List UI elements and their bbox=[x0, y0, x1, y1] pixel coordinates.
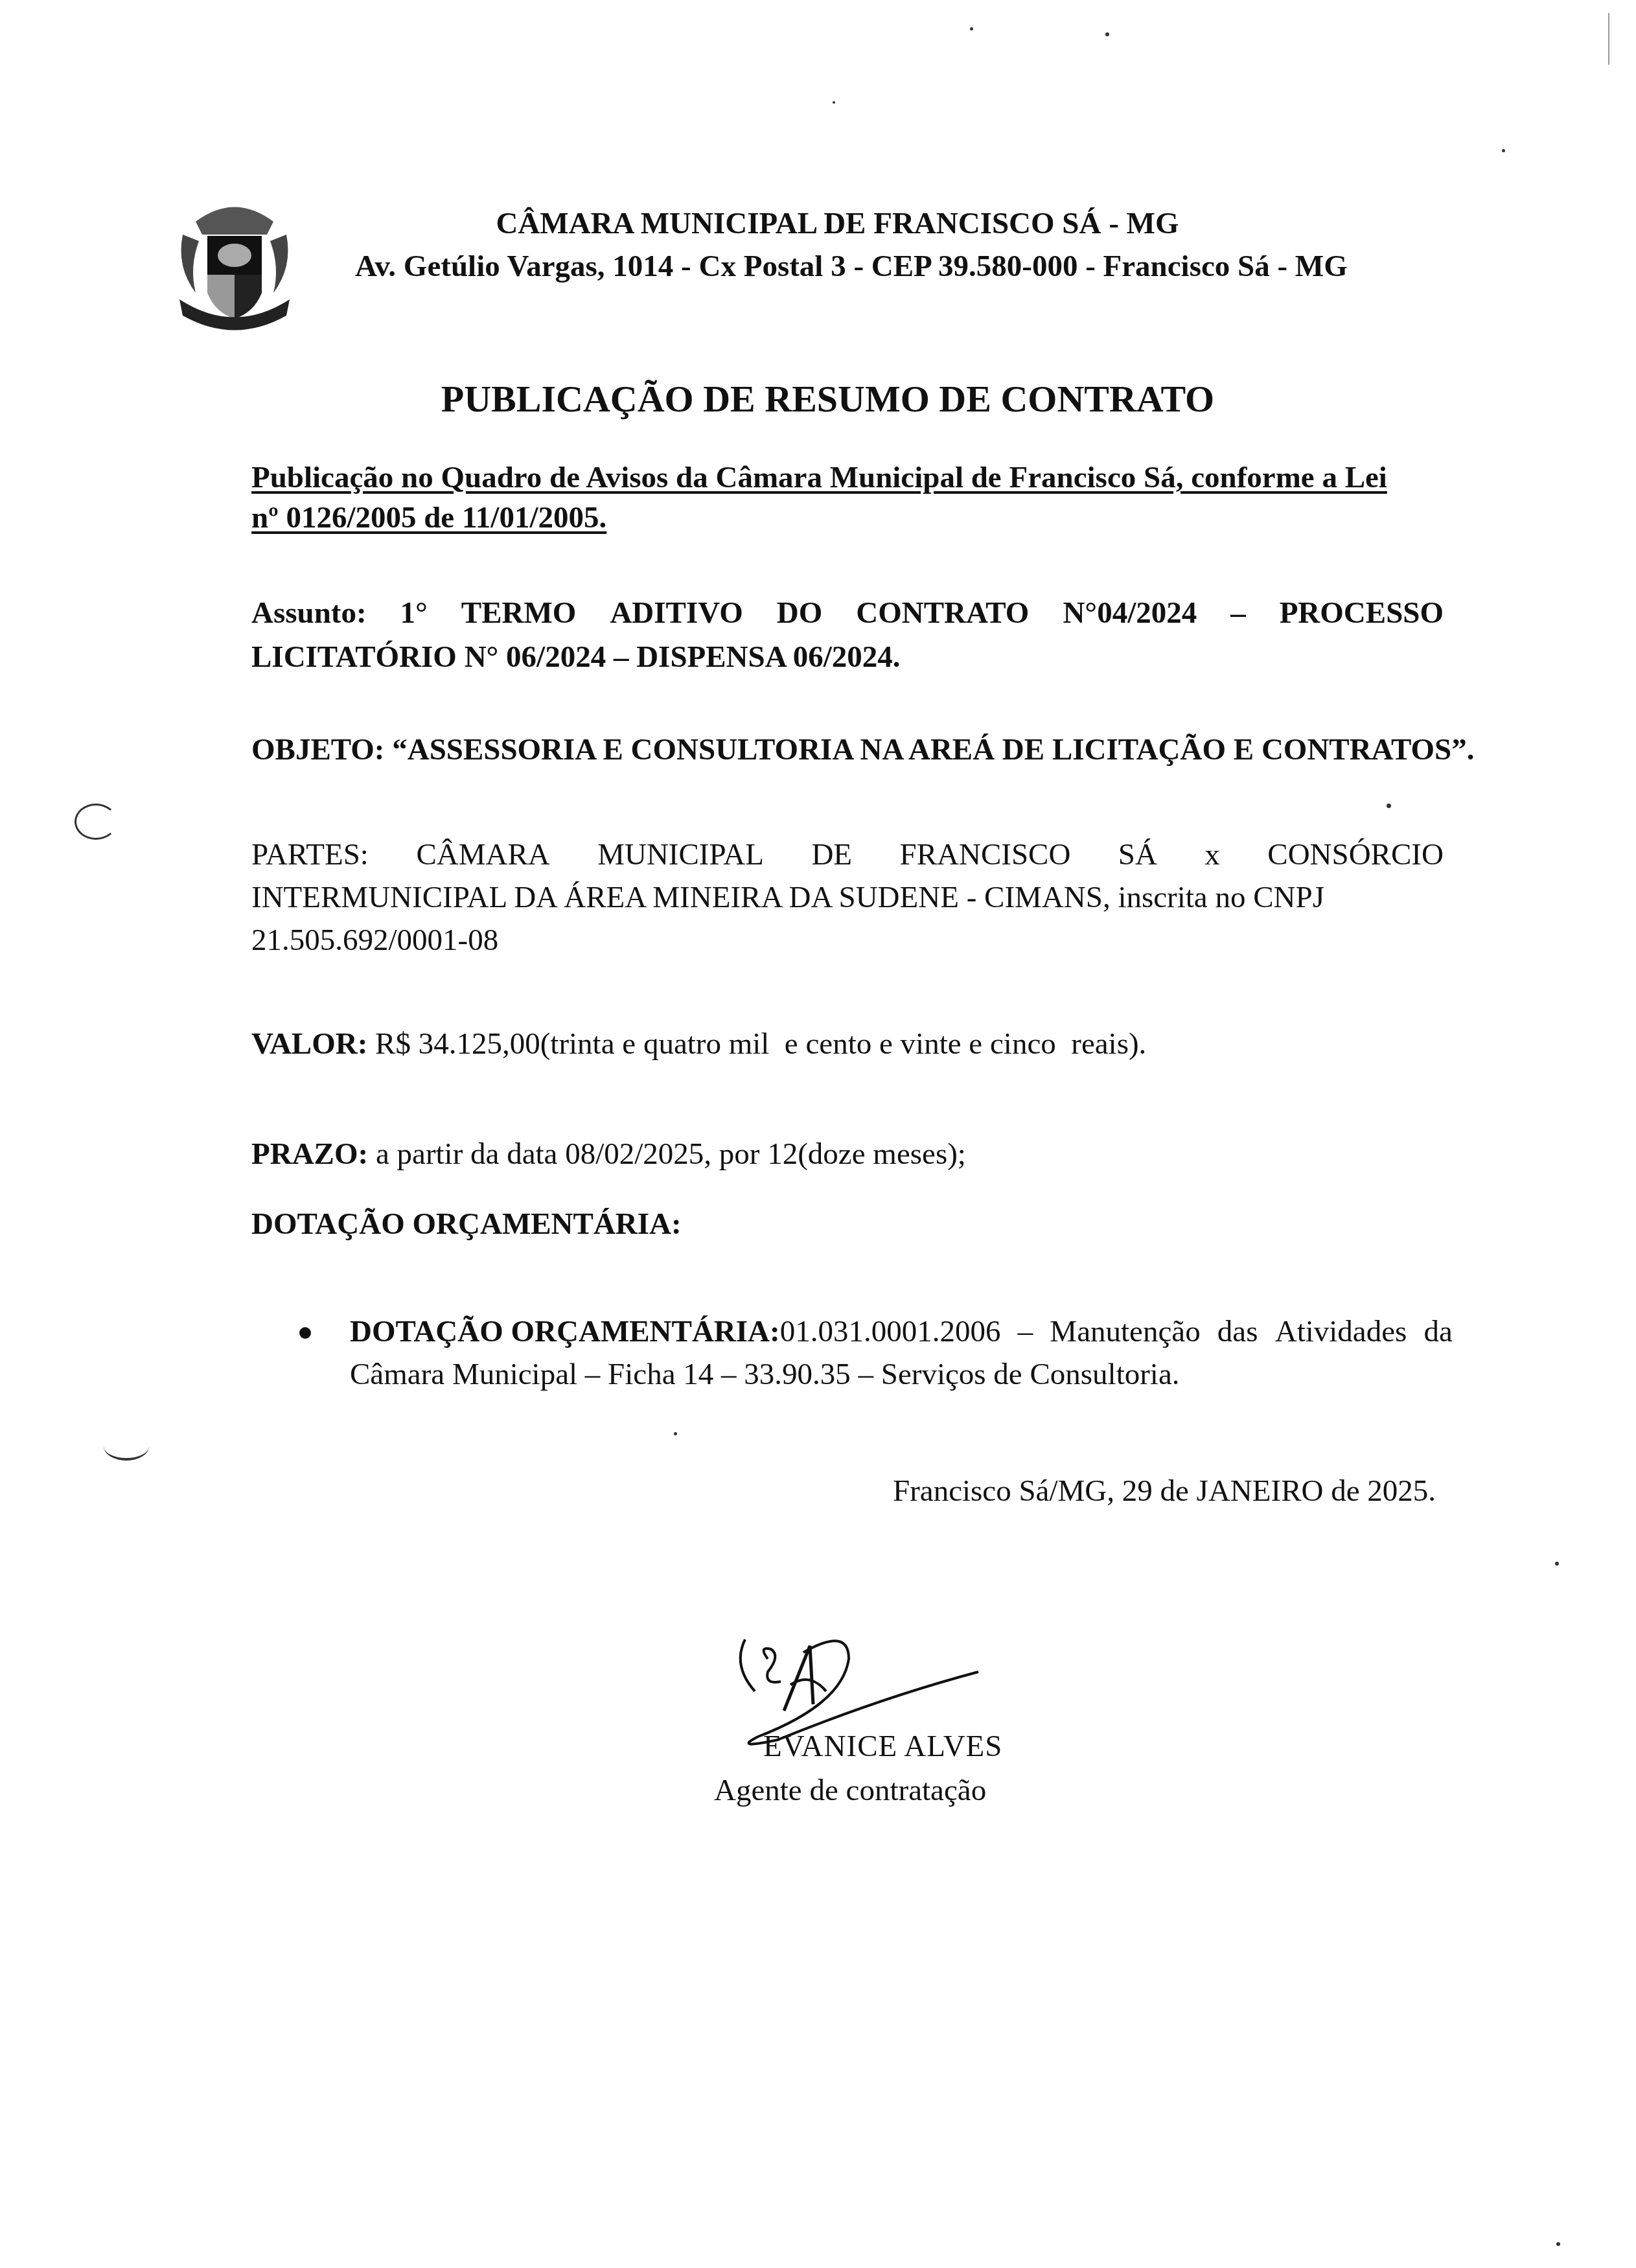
scan-artifact bbox=[104, 1432, 149, 1461]
budget-word: Manutenção bbox=[1050, 1310, 1200, 1353]
term-label: PRAZO: bbox=[251, 1137, 368, 1171]
subject-line-2: LICITATÓRIO N° 06/2024 – DISPENSA 06/202… bbox=[251, 635, 1444, 679]
publication-line-1: Publicação no Quadro de Avisos da Câmara… bbox=[251, 461, 1387, 494]
parties-word: SÁ bbox=[1118, 833, 1157, 876]
subject-word: DO bbox=[777, 591, 823, 635]
budget-code: 01.031.0001.2006 bbox=[780, 1315, 1001, 1348]
place-date: Francisco Sá/MG, 29 de JANEIRO de 2025. bbox=[893, 1474, 1436, 1509]
bullet-icon bbox=[299, 1327, 311, 1339]
signer-name: EVANICE ALVES bbox=[763, 1729, 1002, 1764]
scan-artifact bbox=[833, 101, 835, 104]
subject-word: PROCESSO bbox=[1280, 591, 1444, 635]
term-section: PRAZO: a partir da data 08/02/2025, por … bbox=[251, 1137, 966, 1172]
subject-word: ADITIVO bbox=[610, 591, 743, 635]
scan-artifact bbox=[1387, 804, 1391, 808]
budget-heading: DOTAÇÃO ORÇAMENTÁRIA: bbox=[251, 1207, 682, 1242]
cnpj: 21.505.692/0001-08 bbox=[251, 919, 1444, 962]
scan-artifact bbox=[1105, 32, 1109, 36]
budget-word: – bbox=[1018, 1310, 1033, 1353]
scan-artifact bbox=[970, 27, 973, 30]
budget-item-label: DOTAÇÃO ORÇAMENTÁRIA: bbox=[350, 1315, 780, 1348]
parties-label: PARTES: bbox=[251, 833, 369, 876]
scan-artifact bbox=[674, 1432, 677, 1435]
signer-role: Agente de contratação bbox=[714, 1773, 986, 1808]
value-section: VALOR: R$ 34.125,00(trinta e quatro mil … bbox=[251, 1026, 1146, 1061]
parties-word: MUNICIPAL bbox=[597, 833, 764, 876]
publication-notice: Publicação no Quadro de Avisos da Câmara… bbox=[251, 457, 1444, 538]
value-label: VALOR: bbox=[251, 1027, 367, 1061]
value-text: R$ 34.125,00(trinta e quatro mil e cento… bbox=[367, 1027, 1146, 1061]
scan-artifact bbox=[75, 804, 117, 840]
parties-word: CÂMARA bbox=[416, 833, 549, 876]
budget-word: da bbox=[1424, 1310, 1453, 1353]
budget-word: Atividades bbox=[1275, 1310, 1407, 1353]
scan-artifact bbox=[1555, 1562, 1559, 1566]
institution-address: Av. Getúlio Vargas, 1014 - Cx Postal 3 -… bbox=[355, 249, 1348, 284]
budget-item-line-2: Câmara Municipal – Ficha 14 – 33.90.35 –… bbox=[350, 1353, 1453, 1396]
subject-word: CONTRATO bbox=[856, 591, 1029, 635]
subject-dash: – bbox=[1230, 591, 1246, 635]
subject-word: TERMO bbox=[461, 591, 577, 635]
institution-name: CÂMARA MUNICIPAL DE FRANCISCO SÁ - MG bbox=[0, 206, 1636, 241]
object-label: OBJETO: bbox=[251, 733, 384, 767]
signature-block: EVANICE ALVES Agente de contratação bbox=[680, 1620, 1069, 1801]
parties-word: DE bbox=[811, 833, 852, 876]
subject-label: Assunto: bbox=[251, 591, 367, 635]
publication-line-2: nº 0126/2005 de 11/01/2005. bbox=[251, 501, 606, 535]
object-text: “ASSESSORIA E CONSULTORIA NA AREÁ DE LIC… bbox=[392, 733, 1474, 767]
document-page: CÂMARA MUNICIPAL DE FRANCISCO SÁ - MG Av… bbox=[0, 0, 1636, 2268]
scan-artifact bbox=[1502, 149, 1505, 152]
scan-artifact bbox=[1556, 2242, 1560, 2246]
term-text: a partir da data 08/02/2025, por 12(doze… bbox=[368, 1137, 966, 1171]
scan-artifact bbox=[1608, 13, 1609, 65]
budget-list-item: DOTAÇÃO ORÇAMENTÁRIA:01.031.0001.2006 – … bbox=[299, 1310, 1453, 1396]
budget-word: das bbox=[1217, 1310, 1258, 1353]
object-section: OBJETO: “ASSESSORIA E CONSULTORIA NA ARE… bbox=[251, 732, 1482, 767]
parties-section: PARTES: CÂMARA MUNICIPAL DE FRANCISCO SÁ… bbox=[251, 833, 1444, 962]
parties-word: CONSÓRCIO bbox=[1267, 833, 1444, 876]
document-title: PUBLICAÇÃO DE RESUMO DE CONTRATO bbox=[0, 377, 1636, 421]
contract-number: N°04/2024 bbox=[1063, 591, 1197, 635]
subject-word: 1° bbox=[400, 591, 428, 635]
parties-word: FRANCISCO bbox=[900, 833, 1071, 876]
parties-word: x bbox=[1204, 833, 1220, 876]
subject-section: Assunto: 1° TERMO ADITIVO DO CONTRATO N°… bbox=[251, 591, 1444, 679]
parties-line-2: INTERMUNICIPAL DA ÁREA MINEIRA DA SUDENE… bbox=[251, 876, 1444, 919]
